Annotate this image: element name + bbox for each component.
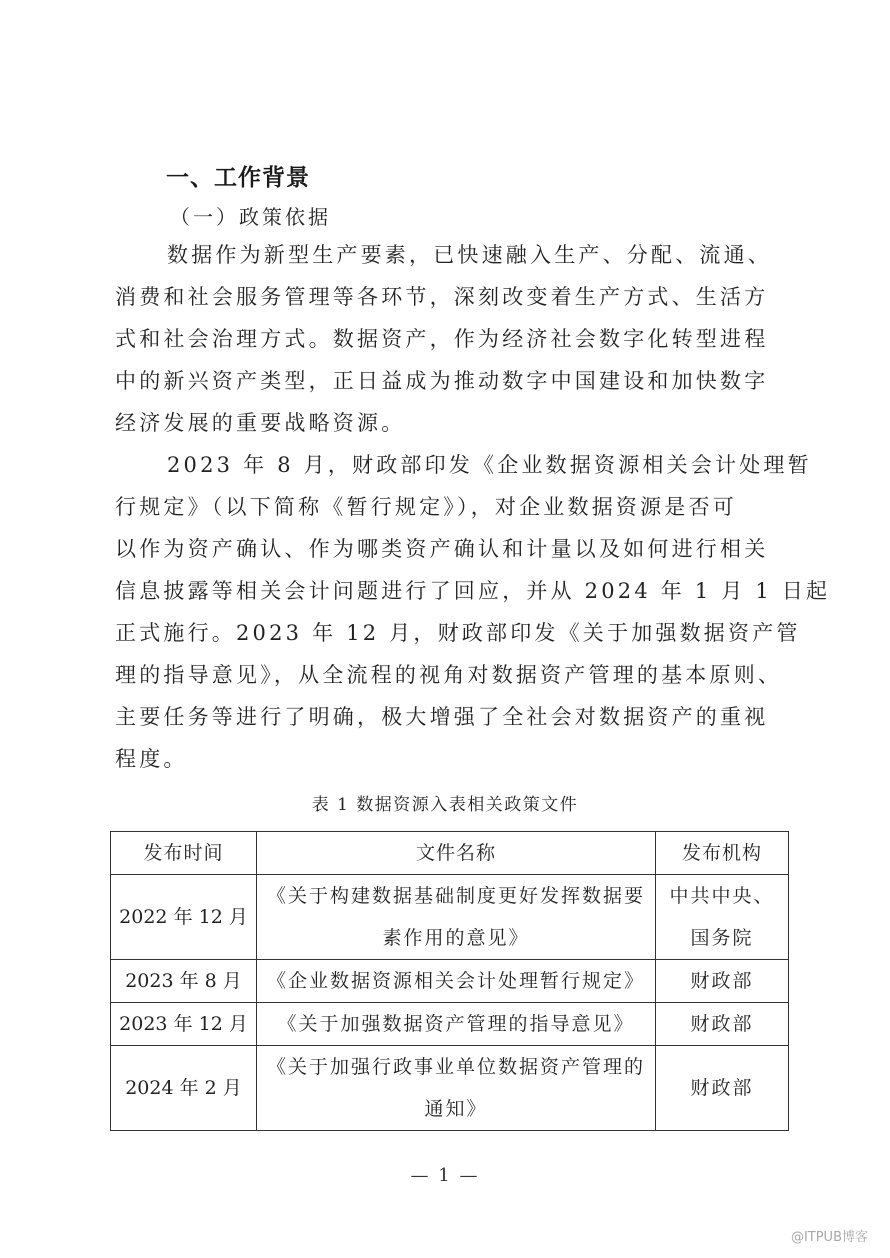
cell-issuer: 中共中央、 国务院	[656, 875, 789, 960]
subsection-heading: （一）政策依据	[170, 201, 331, 230]
cell-file-name: 《企业数据资源相关会计处理暂行规定》	[257, 960, 656, 1003]
paragraph-line: 主要任务等进行了明确，极大增强了全社会对数据资产的重视	[115, 696, 780, 738]
cell-issuer: 财政部	[656, 960, 789, 1003]
table-row: 2022 年 12 月 《关于构建数据基础制度更好发挥数据要 素作用的意见》 中…	[111, 875, 789, 960]
cell-line: 素作用的意见》	[263, 917, 649, 959]
paragraph-line: 2023 年 8 月，财政部印发《企业数据资源相关会计处理暂	[115, 444, 780, 486]
table-caption: 表 1 数据资源入表相关政策文件	[0, 790, 890, 815]
table-row: 2024 年 2 月 《关于加强行政事业单位数据资产管理的 通知》 财政部	[111, 1046, 789, 1131]
watermark: @ITPUB博客	[791, 1226, 868, 1245]
paragraph-line: 理的指导意见》，从全流程的视角对数据资产管理的基本原则、	[115, 654, 780, 696]
cell-date: 2023 年 12 月	[111, 1003, 257, 1046]
paragraph-line: 式和社会治理方式。数据资产，作为经济社会数字化转型进程	[115, 318, 780, 360]
paragraph-line: 以作为资产确认、作为哪类资产确认和计量以及如何进行相关	[115, 528, 780, 570]
paragraph-data-factor: 数据作为新型生产要素，已快速融入生产、分配、流通、 消费和社会服务管理等各环节，…	[115, 234, 780, 444]
cell-line: 中共中央、	[662, 875, 782, 917]
cell-date: 2022 年 12 月	[111, 875, 257, 960]
paragraph-line: 正式施行。2023 年 12 月，财政部印发《关于加强数据资产管	[115, 612, 780, 654]
cell-line: 《关于加强行政事业单位数据资产管理的	[263, 1046, 649, 1088]
cell-line: 国务院	[662, 917, 782, 959]
paragraph-line: 行规定》（以下简称《暂行规定》），对企业数据资源是否可	[115, 486, 780, 528]
cell-issuer: 财政部	[656, 1003, 789, 1046]
paragraph-line: 数据作为新型生产要素，已快速融入生产、分配、流通、	[115, 234, 780, 276]
policy-table: 发布时间 文件名称 发布机构 2022 年 12 月 《关于构建数据基础制度更好…	[110, 831, 789, 1131]
cell-line: 通知》	[263, 1088, 649, 1130]
paragraph-line: 中的新兴资产类型，正日益成为推动数字中国建设和加快数字	[115, 360, 780, 402]
cell-line: 《关于构建数据基础制度更好发挥数据要	[263, 875, 649, 917]
paragraph-line: 消费和社会服务管理等各环节，深刻改变着生产方式、生活方	[115, 276, 780, 318]
header-issuer: 发布机构	[656, 832, 789, 875]
paragraph-line: 信息披露等相关会计问题进行了回应，并从 2024 年 1 月 1 日起	[115, 570, 780, 612]
cell-issuer: 财政部	[656, 1046, 789, 1131]
header-file-name: 文件名称	[257, 832, 656, 875]
cell-file-name: 《关于构建数据基础制度更好发挥数据要 素作用的意见》	[257, 875, 656, 960]
paragraph-line: 程度。	[115, 738, 780, 780]
page-number: — 1 —	[0, 1165, 890, 1186]
table-row: 2023 年 12 月 《关于加强数据资产管理的指导意见》 财政部	[111, 1003, 789, 1046]
cell-file-name: 《关于加强行政事业单位数据资产管理的 通知》	[257, 1046, 656, 1131]
table-header-row: 发布时间 文件名称 发布机构	[111, 832, 789, 875]
paragraph-line: 经济发展的重要战略资源。	[115, 402, 780, 444]
cell-date: 2024 年 2 月	[111, 1046, 257, 1131]
cell-file-name: 《关于加强数据资产管理的指导意见》	[257, 1003, 656, 1046]
section-heading: 一、工作背景	[166, 159, 310, 192]
cell-date: 2023 年 8 月	[111, 960, 257, 1003]
paragraph-policy-history: 2023 年 8 月，财政部印发《企业数据资源相关会计处理暂 行规定》（以下简称…	[115, 444, 780, 780]
table-row: 2023 年 8 月 《企业数据资源相关会计处理暂行规定》 财政部	[111, 960, 789, 1003]
header-date: 发布时间	[111, 832, 257, 875]
